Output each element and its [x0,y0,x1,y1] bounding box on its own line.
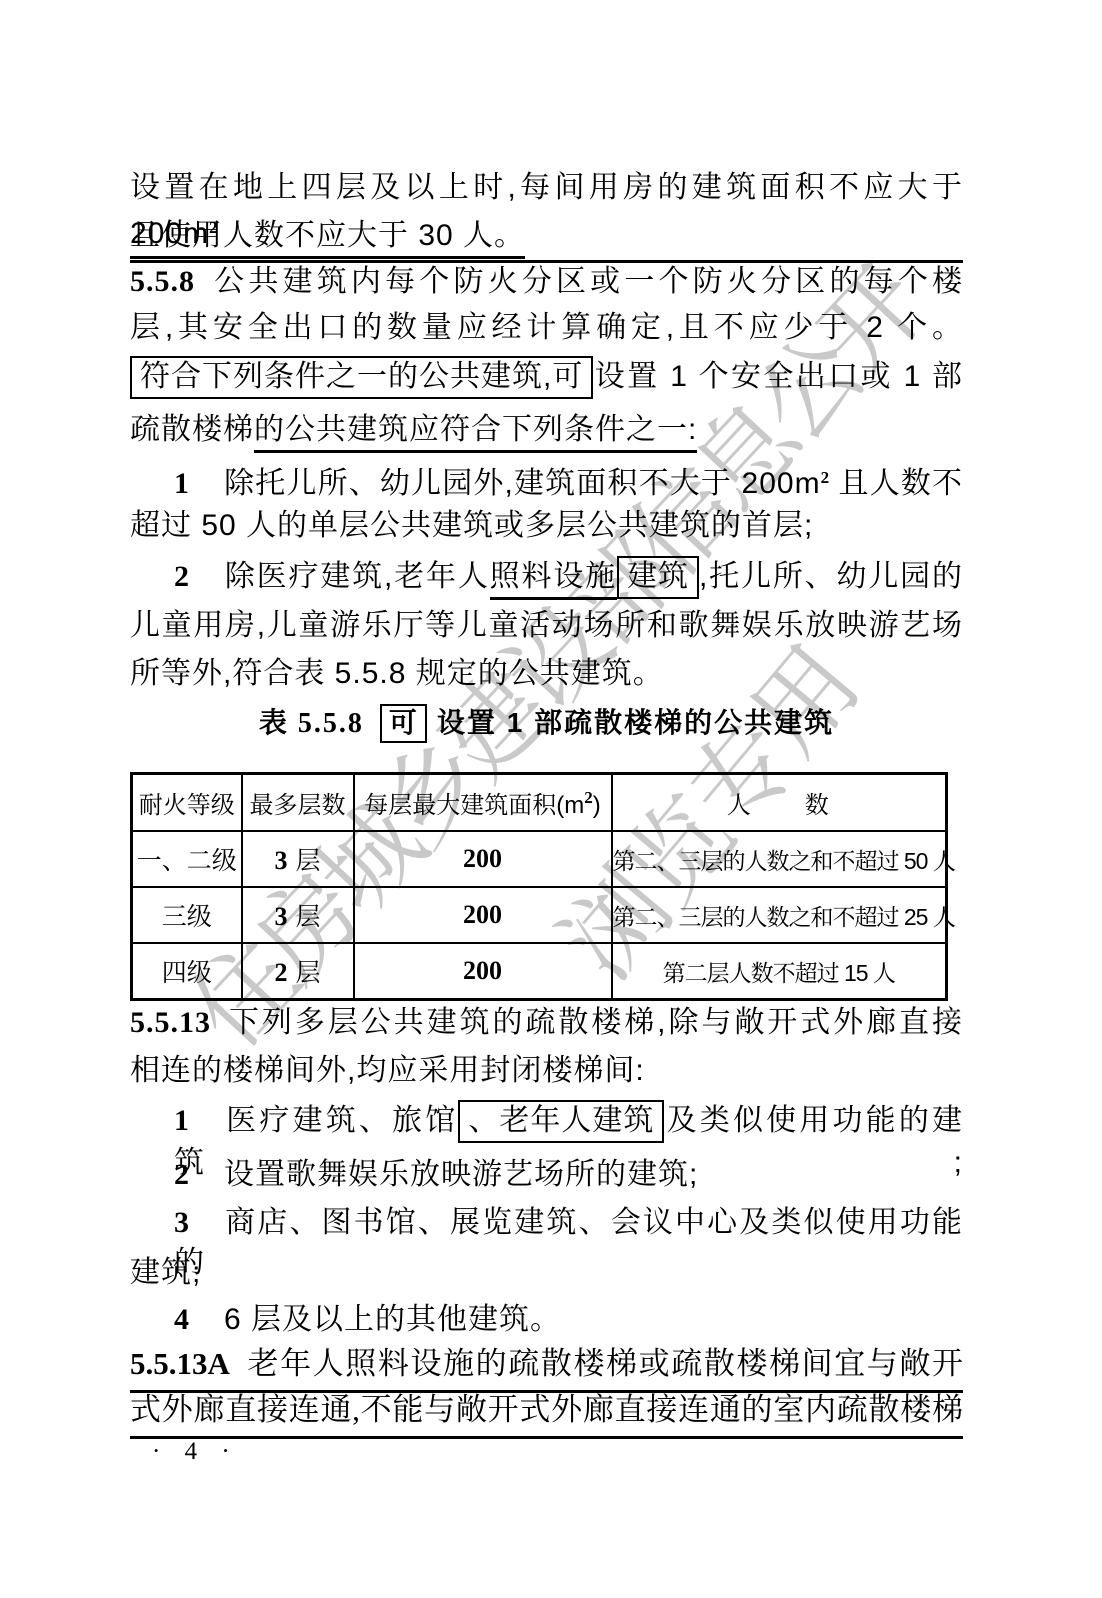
header-max-area-post: ) [593,792,601,819]
document-page: 住房城乡建设部信息公开 浏览专用 设置在地上四层及以上时,每间用房的建筑面积不应… [0,0,1102,1598]
item-2-number: 2 [174,1158,190,1191]
cell-fire-rating: 三级 [132,887,242,943]
cell-fire-rating: 四级 [132,943,242,1000]
clause-5-5-8-line-1-text: 公共建筑内每个防火分区或一个防火分区的每个楼 [211,265,963,298]
cell-max-floors: 3层 [242,831,354,887]
clause-5-5-8-item-2-line-1: 2除医疗建筑,老年人照料设施建筑,托儿所、幼儿园的 [130,556,963,599]
deleted-text-box: 、老年人建筑 [458,1100,664,1143]
clause-5-5-8-line-3-text: 设置 1 个安全出口或 1 部 [593,360,963,393]
item-1-line-2-text: 超过 50 人的单层公共建筑或多层公共建筑的首层; [130,509,813,542]
clause-5-5-8-line-2-text: 层,其安全出口的数量应经计算确定,且不应少于 2 个。 [130,311,963,344]
table-5-5-8-title: 表 5.5.8可设置 1 部疏散楼梯的公共建筑 [130,703,963,744]
clause-5-5-13-line-1: 5.5.13下列多层公共建筑的疏散楼梯,除与敞开式外廊直接 [130,1003,963,1043]
header-fire-rating: 耐火等级 [132,774,242,832]
clause-5-5-13a-line-2: 式外廊直接连通,不能与敞开式外廊直接连通的室内疏散楼梯 [130,1390,963,1439]
table-row: 四级 2层 200 第二层人数不超过 15 人 [132,943,947,1000]
intro-line-2: 且使用人数不应大于 30 人。 [130,216,963,256]
cell-people: 第二层人数不超过 15 人 [612,943,947,1000]
item-1-text: 除托儿所、幼儿园外,建筑面积不大于 200m [224,467,821,500]
item-2-text-pre: 除医疗建筑,老年人 [224,560,490,593]
cell-max-area: 200 [354,943,612,1000]
header-max-area-pre: 每层最大建筑面积(m [364,792,584,819]
item-2-number: 2 [174,560,190,593]
clause-5-5-13-line-2-text: 相连的楼梯间外,均应采用封闭楼梯间: [130,1054,645,1087]
cell-max-area: 200 [354,887,612,943]
clause-5-5-13a-number: 5.5.13A [130,1346,230,1381]
clause-5-5-13-item-2: 2设置歌舞娱乐放映游艺场所的建筑; [130,1155,963,1195]
cell-floors-unit: 层 [295,903,320,931]
header-max-area-sup: 2 [584,788,593,807]
clause-5-5-13-line-2: 相连的楼梯间外,均应采用封闭楼梯间: [130,1051,963,1091]
intro-line-2-text: 且使用人数不应大于 30 人。 [130,219,525,259]
table-header-row: 耐火等级 最多层数 每层最大建筑面积(m2) 人 数 [132,774,947,832]
item-2-line-2-text: 儿童用房,儿童游乐厅等儿童活动场所和歌舞娱乐放映游艺场 [130,609,963,642]
item-4-number: 4 [174,1303,190,1336]
clause-5-5-8-line-1: 5.5.8公共建筑内每个防火分区或一个防火分区的每个楼 [130,262,963,302]
clause-5-5-8-line-4: 疏散楼梯的公共建筑应符合下列条件之一: [130,410,963,450]
clause-5-5-8-line-4-pre: 疏散楼梯 [130,413,254,446]
clause-5-5-13a-line-2-text: 式外廊直接连通,不能与敞开式外廊直接连通的室内疏散楼梯 [130,1392,963,1427]
clause-5-5-8-item-1-line-2: 超过 50 人的单层公共建筑或多层公共建筑的首层; [130,506,963,546]
cell-people: 第二、三层的人数之和不超过 50 人 [612,831,947,887]
deleted-text-box: 可 [380,704,427,743]
item-4-text: 6 层及以上的其他建筑。 [224,1303,561,1336]
clause-5-5-8-item-1-line-1: 1除托儿所、幼儿园外,建筑面积不大于 200m2 且人数不 [130,458,963,504]
cell-max-area: 200 [354,831,612,887]
item-3-line-2-text: 建筑; [130,1256,201,1289]
item-1-text-pre: 医疗建筑、旅馆 [224,1104,458,1137]
added-text-underline: 的公共建筑应符合下列条件之一: [254,413,697,453]
clause-5-5-13-line-1-text: 下列多层公共建筑的疏散楼梯,除与敞开式外廊直接 [227,1006,963,1039]
clause-5-5-13a-line-1: 5.5.13A老年人照料设施的疏散楼梯或疏散楼梯间宜与敞开 [130,1344,963,1393]
cell-floors-number: 3 [274,846,287,875]
item-1-number: 1 [174,467,190,500]
deleted-text-box: 符合下列条件之一的公共建筑,可 [130,356,593,399]
clause-5-5-13-item-3-line-2: 建筑; [130,1253,963,1293]
cell-floors-unit: 层 [295,847,320,875]
deleted-text-box: 建筑 [617,556,699,599]
clause-5-5-13a-line-1-text: 老年人照料设施的疏散楼梯或疏散楼梯间宜与敞开 [246,1346,963,1381]
header-people: 人 数 [612,774,947,832]
clause-5-5-8-item-2-line-2: 儿童用房,儿童游乐厅等儿童活动场所和歌舞娱乐放映游艺场 [130,606,963,646]
header-max-area: 每层最大建筑面积(m2) [354,774,612,832]
cell-fire-rating: 一、二级 [132,831,242,887]
table-title-number: 表 5.5.8 [259,708,364,739]
cell-floors-number: 2 [274,958,287,987]
cell-max-floors: 3层 [242,887,354,943]
clause-5-5-8-item-2-line-3: 所等外,符合表 5.5.8 规定的公共建筑。 [130,654,963,694]
header-max-floors: 最多层数 [242,774,354,832]
table-5-5-8: 耐火等级 最多层数 每层最大建筑面积(m2) 人 数 一、二级 3层 200 第… [130,772,948,1001]
item-2-line-3-text: 所等外,符合表 5.5.8 规定的公共建筑。 [130,657,664,690]
item-1-text-rest: 且人数不 [829,467,963,500]
clause-5-5-13-number: 5.5.13 [130,1006,211,1039]
table-row: 三级 3层 200 第二、三层的人数之和不超过 25 人 [132,887,947,943]
table-title-text: 设置 1 部疏散楼梯的公共建筑 [437,707,834,738]
cell-floors-number: 3 [274,902,287,931]
clause-5-5-8-line-2: 层,其安全出口的数量应经计算确定,且不应少于 2 个。 [130,308,963,348]
added-text-underline: 照料设施 [490,560,617,600]
clause-5-5-13-item-4: 46 层及以上的其他建筑。 [130,1300,963,1340]
item-1-number: 1 [174,1104,190,1137]
table-row: 一、二级 3层 200 第二、三层的人数之和不超过 50 人 [132,831,947,887]
cell-max-floors: 2层 [242,943,354,1000]
cell-floors-unit: 层 [295,959,320,987]
item-2-text: 设置歌舞娱乐放映游艺场所的建筑; [224,1158,698,1191]
item-2-text-rest: ,托儿所、幼儿园的 [699,560,963,593]
cell-people: 第二、三层的人数之和不超过 25 人 [612,887,947,943]
clause-5-5-8-number: 5.5.8 [130,265,195,298]
clause-5-5-8-line-3: 符合下列条件之一的公共建筑,可设置 1 个安全出口或 1 部 [130,356,963,399]
page-number: · 4 · [152,1438,239,1466]
item-1-superscript: 2 [821,468,830,487]
item-3-number: 3 [174,1206,190,1239]
